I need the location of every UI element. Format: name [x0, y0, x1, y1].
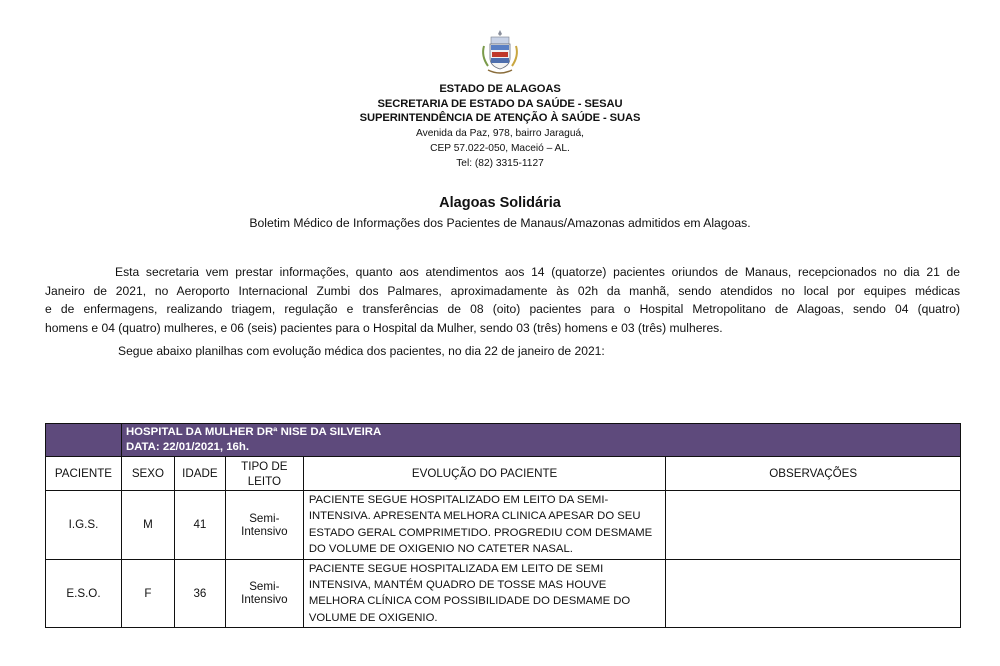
hospital-header-row: HOSPITAL DA MULHER DRª NISE DA SILVEIRA …	[46, 424, 961, 457]
col-sexo: SEXO	[121, 457, 174, 491]
paragraph-line: homens e 04 (quatro) mulheres, e 06 (sei…	[45, 319, 960, 338]
letterhead-superintendency: SUPERINTENDÊNCIA DE ATENÇÃO À SAÚDE - SU…	[0, 111, 1000, 126]
cell-idade: 41	[174, 491, 225, 560]
document-subtitle: Boletim Médico de Informações dos Pacien…	[0, 216, 1000, 230]
hospital-name: HOSPITAL DA MULHER DRª NISE DA SILVEIRA	[126, 425, 960, 440]
letterhead-cep: CEP 57.022-050, Maceió – AL.	[0, 141, 1000, 156]
cell-sexo: F	[121, 559, 174, 628]
table-row: I.G.S. M 41 Semi-Intensivo PACIENTE SEGU…	[46, 491, 961, 560]
letterhead-state: ESTADO DE ALAGOAS	[0, 82, 1000, 97]
table-row: E.S.O. F 36 Semi-Intensivo PACIENTE SEGU…	[46, 559, 961, 628]
cell-sexo: M	[121, 491, 174, 560]
hospital-info-cell: HOSPITAL DA MULHER DRª NISE DA SILVEIRA …	[121, 424, 960, 457]
letterhead-address: Avenida da Paz, 978, bairro Jaraguá,	[0, 126, 1000, 141]
header-blank-cell	[46, 424, 122, 457]
cell-tipo-leito: Semi-Intensivo	[225, 491, 303, 560]
col-tipo-leito: TIPO DELEITO	[225, 457, 303, 491]
cell-observacoes	[666, 491, 961, 560]
patient-table: HOSPITAL DA MULHER DRª NISE DA SILVEIRA …	[45, 423, 961, 628]
letterhead: ESTADO DE ALAGOAS SECRETARIA DE ESTADO D…	[0, 82, 1000, 171]
state-coat-of-arms-icon	[478, 28, 522, 76]
cell-tipo-leito: Semi-Intensivo	[225, 559, 303, 628]
col-idade: IDADE	[174, 457, 225, 491]
paragraph-line: Esta secretaria vem prestar informações,…	[45, 263, 960, 282]
spreadsheet-intro: Segue abaixo planilhas com evolução médi…	[118, 344, 605, 358]
letterhead-phone: Tel: (82) 3315-1127	[0, 156, 1000, 171]
intro-paragraph: Esta secretaria vem prestar informações,…	[45, 263, 960, 337]
col-evolucao: EVOLUÇÃO DO PACIENTE	[303, 457, 666, 491]
cell-observacoes	[666, 559, 961, 628]
col-observacoes: OBSERVAÇÕES	[666, 457, 961, 491]
paragraph-line: Janeiro de 2021, no Aeroporto Internacio…	[45, 282, 960, 301]
cell-idade: 36	[174, 559, 225, 628]
paragraph-line: e de enfermagens, realizando triagem, re…	[45, 300, 960, 319]
cell-paciente: E.S.O.	[46, 559, 122, 628]
cell-evolucao: PACIENTE SEGUE HOSPITALIZADA EM LEITO DE…	[303, 559, 666, 628]
cell-paciente: I.G.S.	[46, 491, 122, 560]
document-title: Alagoas Solidária	[0, 195, 1000, 211]
letterhead-secretariat: SECRETARIA DE ESTADO DA SAÚDE - SESAU	[0, 97, 1000, 112]
col-paciente: PACIENTE	[46, 457, 122, 491]
report-date: DATA: 22/01/2021, 16h.	[126, 440, 960, 455]
cell-evolucao: PACIENTE SEGUE HOSPITALIZADO EM LEITO DA…	[303, 491, 666, 560]
column-header-row: PACIENTE SEXO IDADE TIPO DELEITO EVOLUÇÃ…	[46, 457, 961, 491]
